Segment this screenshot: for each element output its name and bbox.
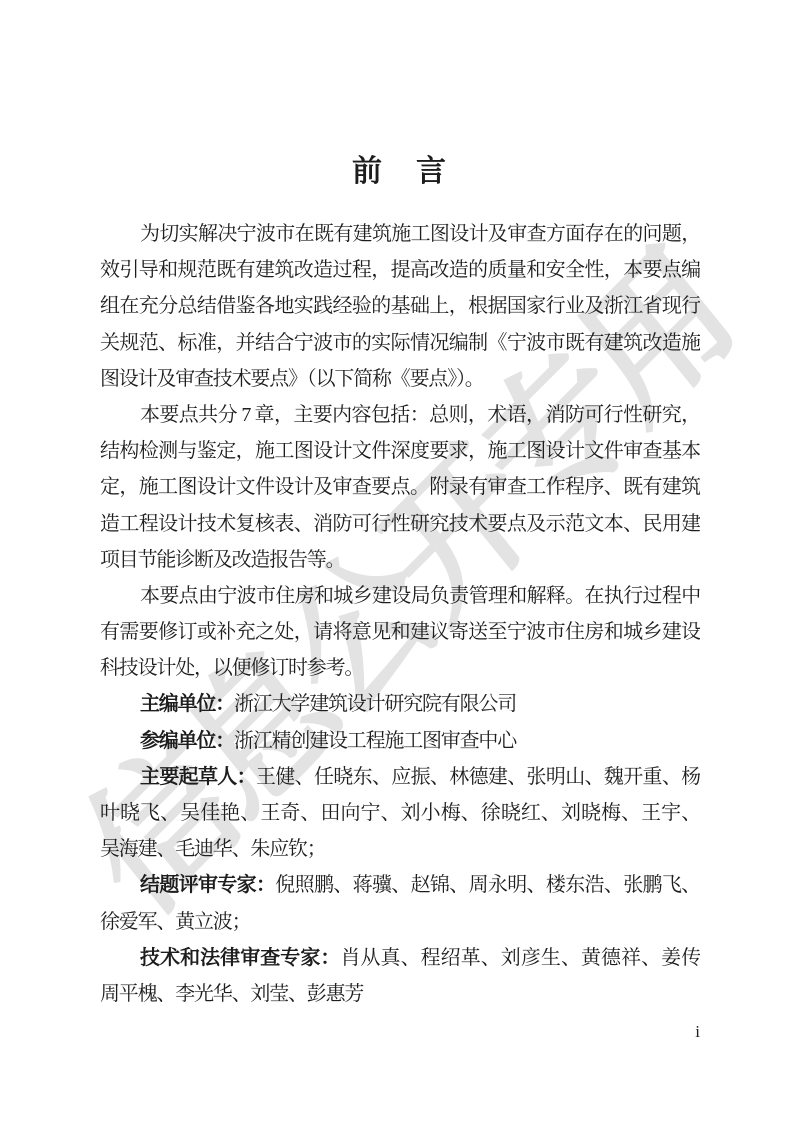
text-line: 关规范、标准，并结合宁波市的实际情况编制《宁波市既有建筑改造施工 <box>100 325 700 361</box>
tech-law-experts-label: 技术和法律审查专家： <box>140 947 340 969</box>
line-text: 造工程设计技术复核表、消防可行性研究技术要点及示范文本、民用建筑 <box>100 513 700 542</box>
line-text: 为切实解决宁波市在既有建筑施工图设计及审查方面存在的问题，有 <box>140 223 700 252</box>
text-line: 结构检测与鉴定，施工图设计文件深度要求，施工图设计文件审查基本规 <box>100 433 700 469</box>
text-line: 效引导和规范既有建筑改造过程，提高改造的质量和安全性，本要点编制 <box>100 252 700 288</box>
text-line: 主编单位：浙江大学建筑设计研究院有限公司 <box>100 686 700 722</box>
text-line: 技术和法律审查专家：肖从真、程绍革、刘彦生、黄德祥、姜传鉷、 <box>100 940 700 976</box>
line-text: 定，施工图设计文件设计及审查要点。附录有审查工作程序、既有建筑改 <box>100 476 700 505</box>
text-line: 有需要修订或补充之处，请将意见和建议寄送至宁波市住房和城乡建设局 <box>100 614 700 650</box>
text-line: 造工程设计技术复核表、消防可行性研究技术要点及示范文本、民用建筑 <box>100 506 700 542</box>
line-text: 叶晓飞、吴佳艳、王奇、田向宁、刘小梅、徐晓红、刘晓梅、王宇、 <box>100 802 700 824</box>
line-text: 徐爱军、黄立波； <box>100 911 250 933</box>
text-line: 参编单位：浙江精创建设工程施工图审查中心 <box>100 723 700 759</box>
review-experts-label: 结题评审专家： <box>140 874 275 896</box>
page-number: i <box>695 1022 700 1042</box>
preface-body: 为切实解决宁波市在既有建筑施工图设计及审查方面存在的问题，有 效引导和规范既有建… <box>100 216 700 1012</box>
line-text: 有需要修订或补充之处，请将意见和建议寄送至宁波市住房和城乡建设局 <box>100 621 700 650</box>
line-text: 倪照鹏、蒋骥、赵锦、周永明、楼东浩、张鹏飞、 <box>275 874 700 896</box>
line-text: 效引导和规范既有建筑改造过程，提高改造的质量和安全性，本要点编制 <box>100 259 700 288</box>
text-line: 科技设计处，以便修订时参考。 <box>100 650 700 686</box>
drafters-label: 主要起草人： <box>140 766 256 788</box>
document-page: 信息公开专用 前 言 为切实解决宁波市在既有建筑施工图设计及审查方面存在的问题，… <box>0 0 800 1131</box>
text-line: 吴海建、毛迪华、朱应钦； <box>100 831 700 867</box>
line-text: 关规范、标准，并结合宁波市的实际情况编制《宁波市既有建筑改造施工 <box>100 332 700 361</box>
co-editor-label: 参编单位： <box>140 730 234 752</box>
text-line: 为切实解决宁波市在既有建筑施工图设计及审查方面存在的问题，有 <box>100 216 700 252</box>
text-line: 叶晓飞、吴佳艳、王奇、田向宁、刘小梅、徐晓红、刘晓梅、王宇、 <box>100 795 700 831</box>
line-text: 浙江大学建筑设计研究院有限公司 <box>234 693 516 715</box>
line-text: 结构检测与鉴定，施工图设计文件深度要求，施工图设计文件审查基本规 <box>100 440 700 469</box>
line-text: 本要点由宁波市住房和城乡建设局负责管理和解释。在执行过程中如 <box>140 585 700 614</box>
line-text: 组在充分总结借鉴各地实践经验的基础上，根据国家行业及浙江省现行有 <box>100 295 700 324</box>
text-line: 图设计及审查技术要点》（以下简称《要点》）。 <box>100 361 700 397</box>
text-line: 本要点共分 7 章，主要内容包括：总则，术语，消防可行性研究， <box>100 397 700 433</box>
text-line: 本要点由宁波市住房和城乡建设局负责管理和解释。在执行过程中如 <box>100 578 700 614</box>
text-line: 主要起草人：王健、任晓东、应振、林德建、张明山、魏开重、杨都、 <box>100 759 700 795</box>
text-line: 定，施工图设计文件设计及审查要点。附录有审查工作程序、既有建筑改 <box>100 469 700 505</box>
text-line: 徐爱军、黄立波； <box>100 904 700 940</box>
text-line: 周平槐、李光华、刘莹、彭惠芳 <box>100 976 700 1012</box>
chief-editor-label: 主编单位： <box>140 693 234 715</box>
line-text: 浙江精创建设工程施工图审查中心 <box>234 730 516 752</box>
line-text: 图设计及审查技术要点》（以下简称《要点》）。 <box>100 368 484 390</box>
line-text: 项目节能诊断及改造报告等。 <box>100 549 344 571</box>
text-line: 项目节能诊断及改造报告等。 <box>100 542 700 578</box>
text-line: 结题评审专家：倪照鹏、蒋骥、赵锦、周永明、楼东浩、张鹏飞、 <box>100 867 700 903</box>
line-text: 科技设计处，以便修订时参考。 <box>100 657 363 679</box>
line-text: 周平槐、李光华、刘莹、彭惠芳 <box>100 983 363 1005</box>
line-text: 本要点共分 7 章，主要内容包括：总则，术语，消防可行性研究， <box>140 404 700 426</box>
line-text: 吴海建、毛迪华、朱应钦； <box>100 838 326 860</box>
text-line: 组在充分总结借鉴各地实践经验的基础上，根据国家行业及浙江省现行有 <box>100 288 700 324</box>
page-title: 前 言 <box>0 146 800 190</box>
